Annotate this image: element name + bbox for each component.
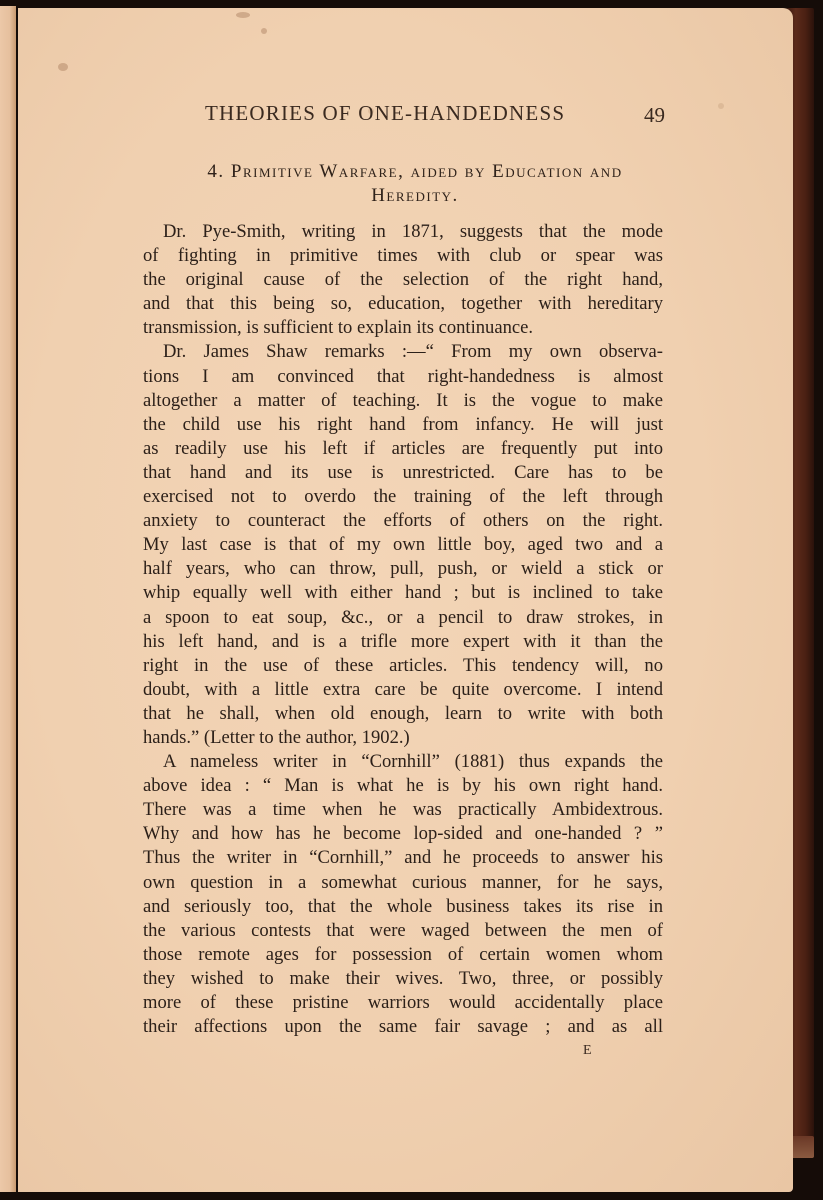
text-line: Thus the writer in “Cornhill,” and he pr… xyxy=(143,846,663,870)
book-scan: THEORIES OF ONE-HANDEDNESS 49 4. Primiti… xyxy=(0,0,823,1200)
foxing-spot xyxy=(236,12,250,18)
text-line: exercised not to overdo the training of … xyxy=(143,485,663,509)
text-line: above idea : “ Man is what he is by his … xyxy=(143,774,663,798)
foxing-spot xyxy=(58,63,68,71)
text-line: There was a time when he was practically… xyxy=(143,798,663,822)
text-line: My last case is that of my own little bo… xyxy=(143,533,663,557)
text-line: those remote ages for possession of cert… xyxy=(143,943,663,967)
text-line: they wished to make their wives. Two, th… xyxy=(143,967,663,991)
text-line: hands.” (Letter to the author, 1902.) xyxy=(143,726,663,750)
text-line: the original cause of the selection of t… xyxy=(143,268,663,292)
text-line: and that this being so, education, toget… xyxy=(143,292,663,316)
signature-mark: E xyxy=(583,1043,593,1059)
text-line: as readily use his left if articles are … xyxy=(143,437,663,461)
foxing-spot xyxy=(261,28,267,34)
text-line: tions I am convinced that right-handedne… xyxy=(143,365,663,389)
text-line: of fighting in primitive times with club… xyxy=(143,244,663,268)
text-line: the child use his right hand from infanc… xyxy=(143,413,663,437)
text-line: doubt, with a little extra care be quite… xyxy=(143,678,663,702)
text-line: Dr. Pye-Smith, writing in 1871, suggests… xyxy=(143,220,663,244)
running-head: THEORIES OF ONE-HANDEDNESS 49 xyxy=(205,101,665,131)
running-head-title: THEORIES OF ONE-HANDEDNESS xyxy=(205,101,565,126)
text-line: that he shall, when old enough, learn to… xyxy=(143,702,663,726)
foxing-spot xyxy=(718,103,724,109)
text-line: Why and how has he become lop-sided and … xyxy=(143,822,663,846)
previous-page-edge xyxy=(0,6,16,1192)
text-line: altogether a matter of teaching. It is t… xyxy=(143,389,663,413)
section-heading-line-2: Heredity. xyxy=(140,184,690,208)
text-line: the various contests that were waged bet… xyxy=(143,919,663,943)
text-line: anxiety to counteract the efforts of oth… xyxy=(143,509,663,533)
text-line: a spoon to eat soup, &c., or a pencil to… xyxy=(143,606,663,630)
text-line: own question in a somewhat curious manne… xyxy=(143,871,663,895)
section-heading: 4. Primitive Warfare, aided by Education… xyxy=(140,160,690,208)
text-line: transmission, is sufficient to explain i… xyxy=(143,316,663,340)
text-line: and seriously too, that the whole busine… xyxy=(143,895,663,919)
text-line: whip equally well with either hand ; but… xyxy=(143,581,663,605)
text-line: half years, who can throw, pull, push, o… xyxy=(143,557,663,581)
text-line: right in the use of these articles. This… xyxy=(143,654,663,678)
text-line: their affections upon the same fair sava… xyxy=(143,1015,663,1039)
section-heading-line-1: 4. Primitive Warfare, aided by Education… xyxy=(140,160,690,184)
text-line: more of these pristine warriors would ac… xyxy=(143,991,663,1015)
text-line: his left hand, and is a trifle more expe… xyxy=(143,630,663,654)
text-line: Dr. James Shaw remarks :—“ From my own o… xyxy=(143,340,663,364)
text-line: A nameless writer in “Cornhill” (1881) t… xyxy=(143,750,663,774)
body-text: Dr. Pye-Smith, writing in 1871, suggests… xyxy=(143,220,663,1039)
text-line: that hand and its use is unrestricted. C… xyxy=(143,461,663,485)
page-number: 49 xyxy=(644,103,665,128)
